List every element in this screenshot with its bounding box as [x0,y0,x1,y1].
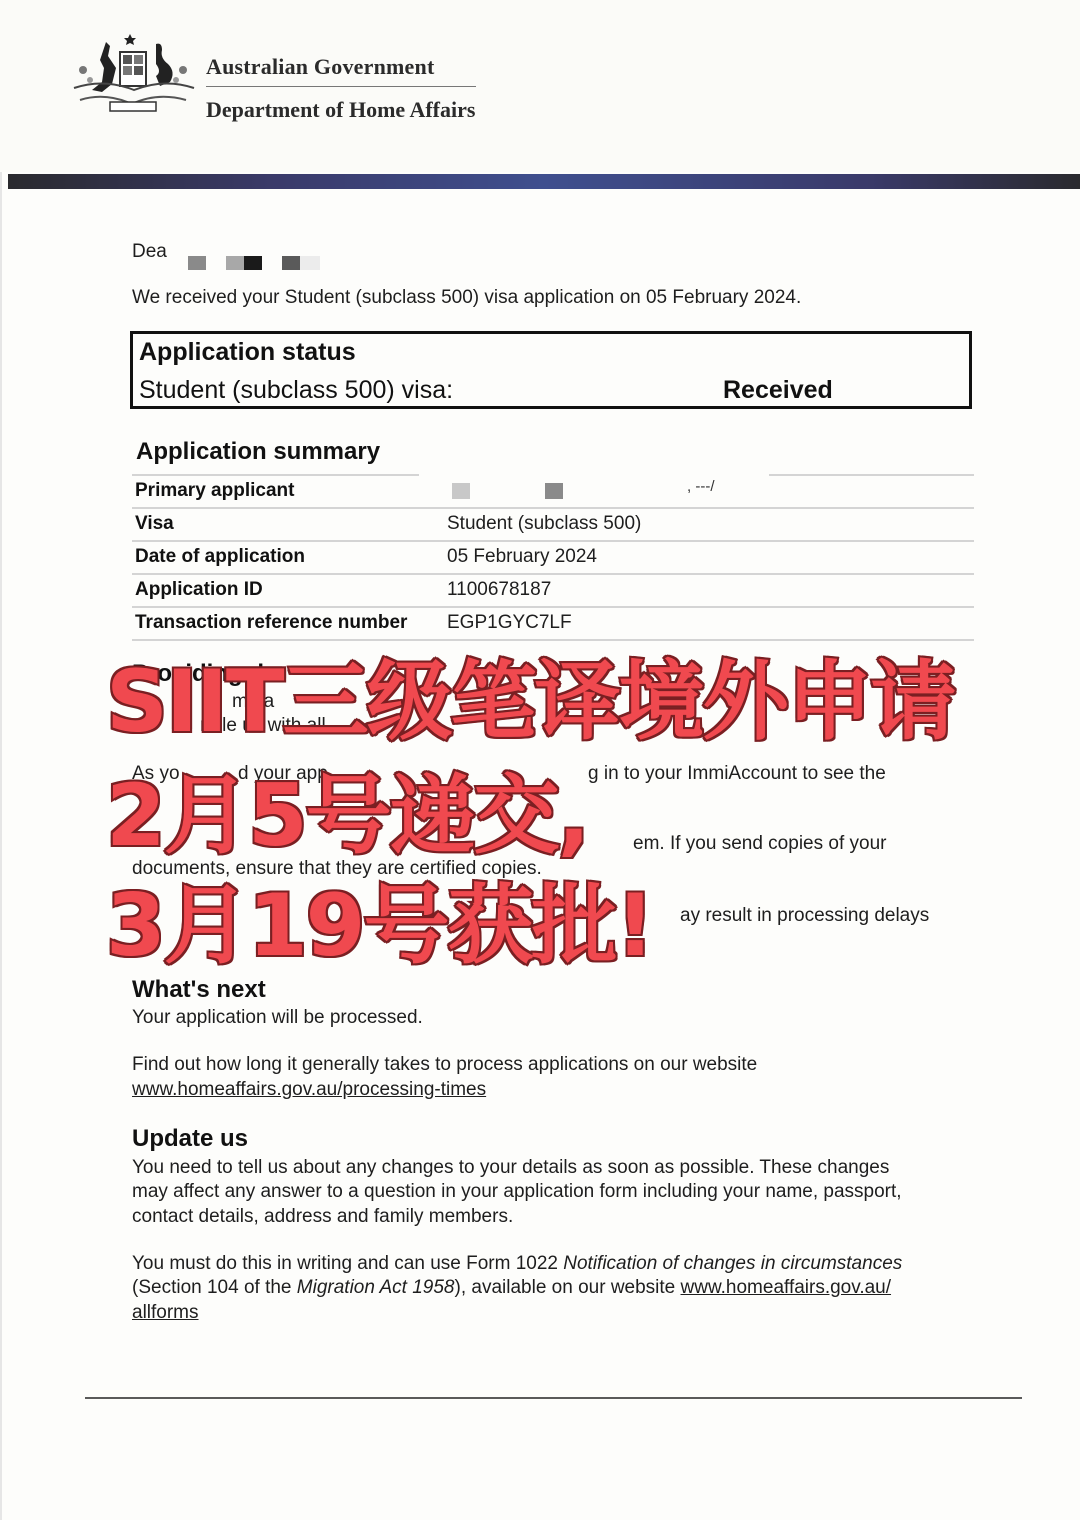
summary-key: Date of application [135,546,305,568]
overlay-submitted-date: 2月5号递交, [106,766,588,866]
redacted-applicant [545,483,563,499]
summary-value: 05 February 2024 [447,546,597,568]
coat-of-arms-icon [68,30,198,125]
update-us-text: contact details, address and family memb… [132,1205,513,1229]
act-title: Migration Act 1958 [297,1277,455,1298]
summary-key: Visa [135,513,174,535]
summary-key: Primary applicant [135,480,294,502]
status-badge: Received [723,376,833,405]
redacted-name [244,256,262,270]
overlay-approved-date: 3月19号获批! [106,876,653,976]
whats-next-title: What's next [132,976,266,1004]
redacted-name [282,256,300,270]
summary-title: Application summary [136,438,380,466]
summary-value: EGP1GYC7LF [447,612,572,634]
footer-divider [85,1397,1022,1399]
allforms-link[interactable]: www.homeaffairs.gov.au/ [681,1277,892,1298]
status-title: Application status [139,338,356,367]
application-status-box: Application status Student (subclass 500… [130,331,972,409]
providing-documents-text: g in to your ImmiAccount to see the [588,762,886,786]
salutation: Dea [132,240,167,264]
processing-times-link[interactable]: www.homeaffairs.gov.au/processing-times [132,1078,486,1102]
intro-text: We received your Student (subclass 500) … [132,286,801,310]
form-title: Notification of changes in circumstances [563,1253,902,1274]
department-name: Department of Home Affairs [206,97,475,123]
update-us-text: You need to tell us about any changes to… [132,1156,889,1180]
table-row: Primary applicant , ---/ [132,474,974,507]
summary-value: Student (subclass 500) [447,513,641,535]
table-row: Application ID 1100678187 [132,573,974,606]
table-row: Date of application 05 February 2024 [132,540,974,573]
providing-documents-text: em. If you send copies of your [633,832,886,856]
status-label: Student (subclass 500) visa: [139,376,453,405]
overlay-headline: SIIT三级笔译境外申请 [106,652,955,752]
update-us-form-text: (Section 104 of the Migration Act 1958),… [132,1276,891,1300]
summary-key: Application ID [135,579,263,601]
whats-next-text: Your application will be processed. [132,1006,423,1030]
update-us-form-text: You must do this in writing and can use … [132,1252,902,1276]
whats-next-text: Find out how long it generally takes to … [132,1053,757,1077]
providing-documents-text: ay result in processing delays [680,904,929,928]
redacted-name [226,256,244,270]
redacted-fragment: , ---/ [687,478,715,495]
letterhead: Australian Government Department of Home… [0,0,1080,172]
redacted-name [188,256,206,270]
update-us-title: Update us [132,1125,248,1153]
table-row: Transaction reference number EGP1GYC7LF [132,606,974,641]
government-name: Australian Government [206,54,434,80]
header-banner [8,174,1080,189]
summary-key: Transaction reference number [135,612,407,634]
summary-value: 1100678187 [447,579,551,601]
table-row: Visa Student (subclass 500) [132,507,974,540]
allforms-link-continued[interactable]: allforms [132,1301,199,1325]
redacted-name [300,256,320,270]
redacted-applicant [452,483,470,499]
summary-table: Primary applicant , ---/ Visa Student (s… [132,474,974,641]
page-edge [0,0,2,1520]
header-divider [206,86,476,87]
update-us-text: may affect any answer to a question in y… [132,1180,902,1204]
